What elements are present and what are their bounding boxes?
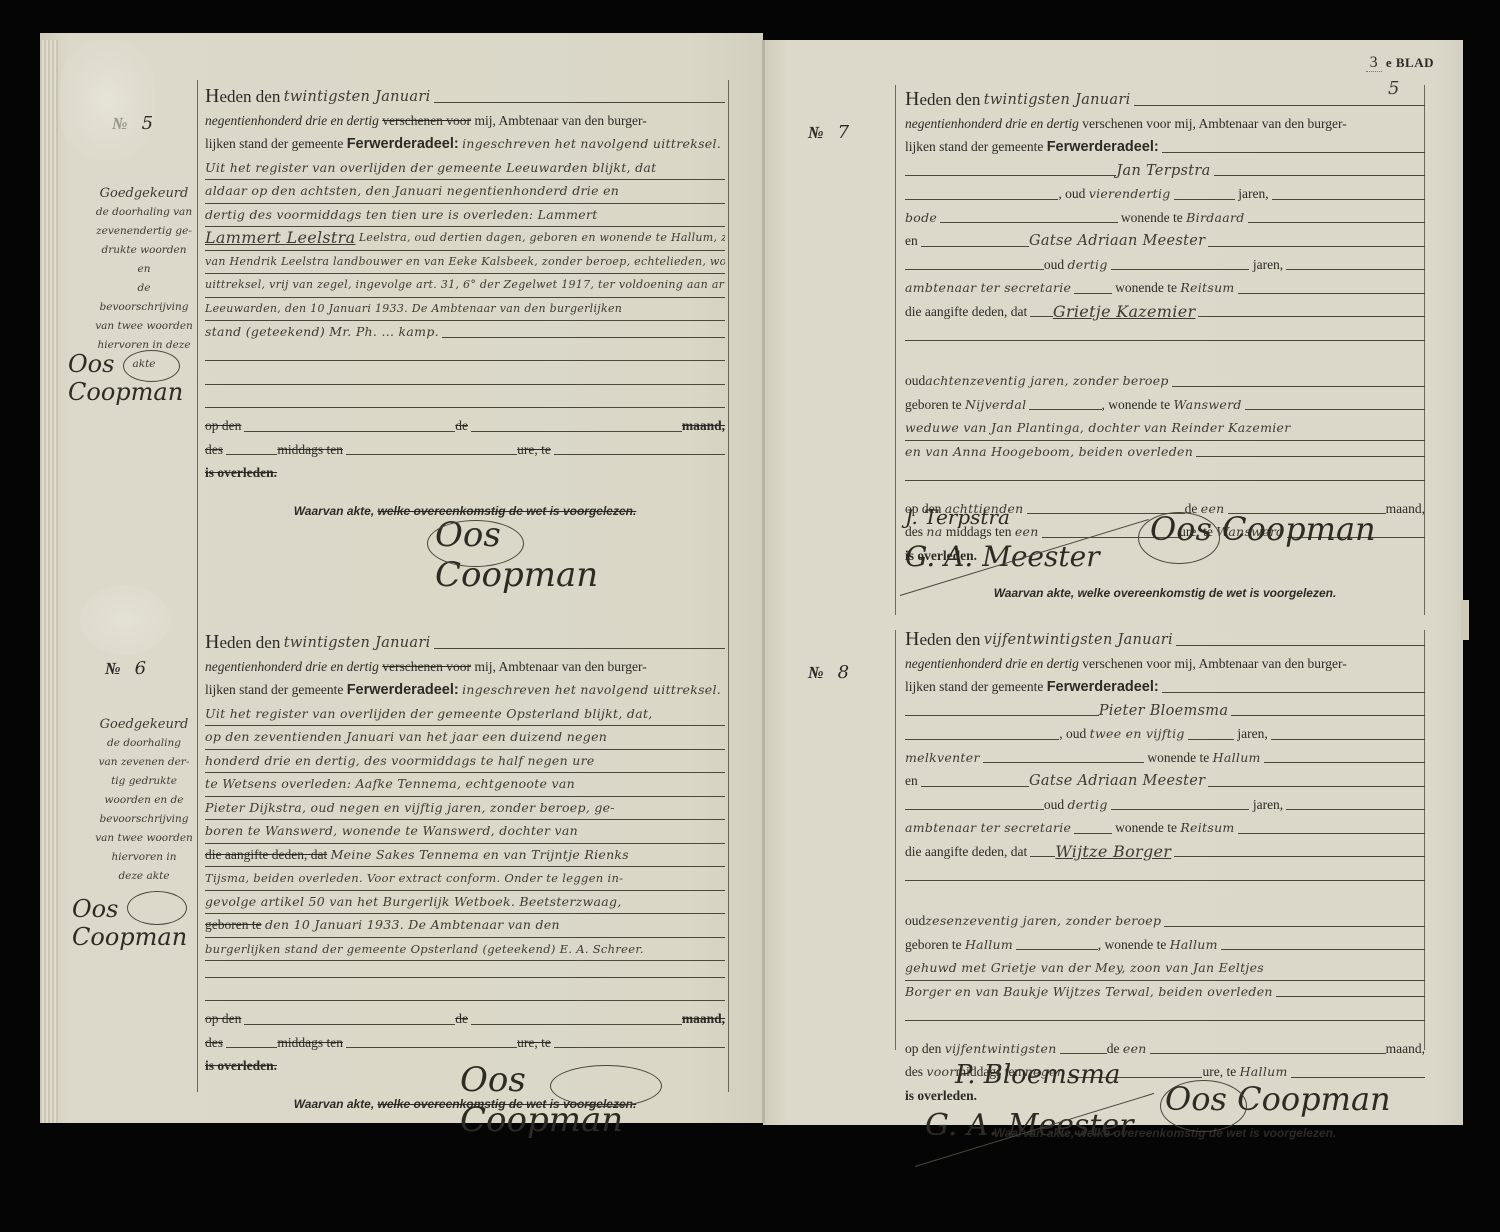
declarant-name: Jan Terpstra: [1116, 160, 1210, 183]
sheet-number: 3 e BLAD: [1366, 54, 1434, 72]
margin-note: Goedgekeurd de doorhaling van zevenen de…: [94, 715, 194, 886]
act-number: №6: [105, 658, 146, 679]
margin-signature: Oos Coopman: [68, 350, 188, 400]
act-number: №5: [112, 113, 153, 134]
declarant-name: Gatse Adriaan Meester: [1029, 770, 1205, 793]
date-field: twintigsten Januari: [984, 89, 1131, 112]
right-margin-rule: [895, 630, 896, 1050]
page-tab: [1461, 600, 1469, 640]
act-6: Heden den twintigsten Januari negentienh…: [205, 632, 725, 1115]
closing-formula: Waarvan akte, welke overeenkomstig de we…: [905, 582, 1425, 605]
left-margin-rule: [197, 80, 198, 1092]
declarant-name: Pieter Bloemsma: [1099, 700, 1229, 723]
date-field: vijfentwintigsten Januari: [984, 629, 1173, 652]
date-field: twintigsten Januari: [284, 86, 431, 109]
official-signature: Oos Coopman: [460, 1060, 680, 1120]
left-right-rule: [728, 80, 729, 1092]
date-field: twintigsten Januari: [284, 632, 431, 655]
paper-stain: [80, 585, 170, 655]
act-5: Heden den twintigsten Januari negentienh…: [205, 86, 725, 522]
official-signature: Oos Coopman: [435, 515, 655, 575]
book-gutter: [762, 40, 765, 1123]
declarant-signature: G. A. Meester: [925, 1108, 1133, 1143]
act-number: №7: [808, 122, 849, 143]
margin-signature: Oos Coopman: [72, 895, 192, 945]
page-edges: [40, 40, 58, 1123]
deceased-name: Wijtze Borger: [1055, 841, 1171, 864]
declarant-signature: G. A. Meester: [905, 540, 1100, 573]
declarant-signature: J. Terpstra: [905, 505, 1010, 529]
official-signature: Oos Coopman: [1165, 1080, 1395, 1118]
declarant-signature: P. Bloemsma: [955, 1060, 1120, 1090]
right-margin-rule: [895, 85, 896, 615]
margin-note: Goedgekeurd de doorhaling van zevenender…: [94, 184, 194, 374]
paper-stain: [60, 40, 155, 160]
official-signature: Oos Coopman: [1150, 510, 1380, 548]
act-number: №8: [808, 662, 849, 683]
declarant-name: Gatse Adriaan Meester: [1029, 230, 1205, 253]
deceased-name: Grietje Kazemier: [1053, 301, 1196, 324]
